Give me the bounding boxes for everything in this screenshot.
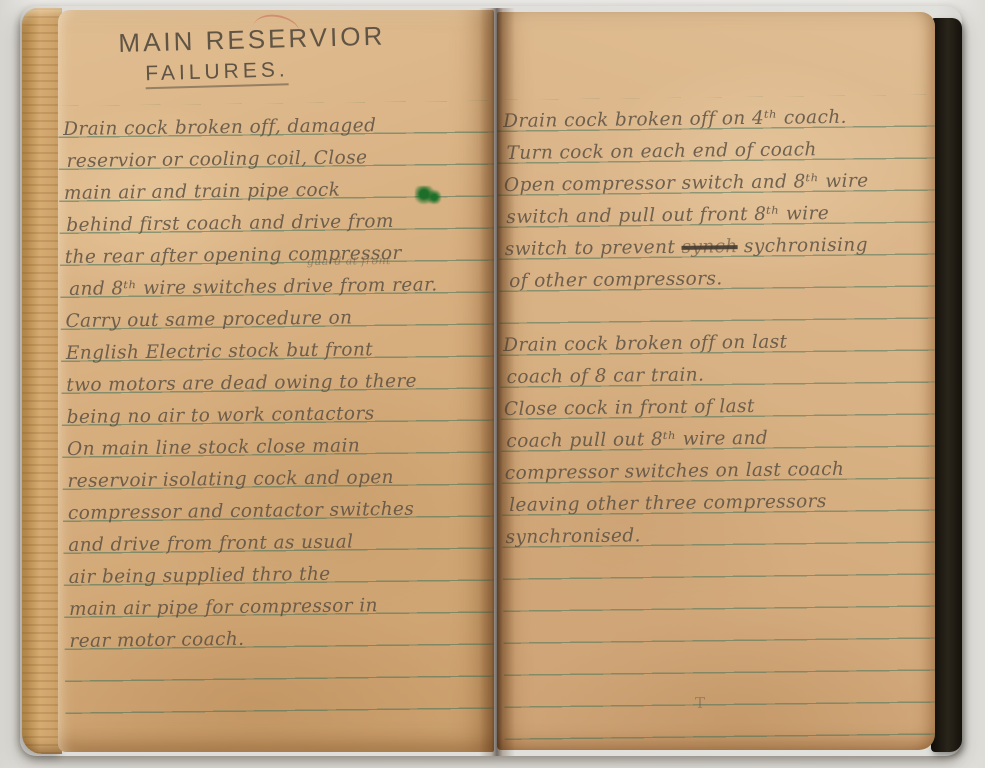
handwritten-line: coach of 8 car train. [506, 358, 843, 394]
pencil-t-mark: T [695, 694, 705, 712]
handwritten-line: On main line stock close main [67, 429, 440, 466]
handwritten-line: Turn cock on each end of coach [506, 134, 868, 170]
handwritten-line: reservoir isolating cock and open [67, 461, 440, 498]
handwritten-line: reservior or cooling coil, Close [66, 141, 436, 178]
handwritten-line: and drive from front as usual [68, 525, 441, 562]
handwritten-line: of other compressors. [509, 262, 870, 298]
right-page: Drain cock broken off on 4ᵗʰ coach. Turn… [497, 12, 935, 750]
handwritten-line: Open compressor switch and 8ᵗʰ wire [504, 166, 869, 202]
handwritten-line: Drain cock broken off, damaged [63, 109, 436, 146]
struck-out-word: synch [681, 236, 737, 258]
interline-annotation: guard at front [307, 255, 391, 268]
handwritten-line: coach pull out 8ᵗʰ wire and [506, 422, 844, 458]
handwritten-line: synchronised. [505, 518, 845, 554]
handwritten-line: behind first coach and drive from [66, 205, 437, 242]
handwritten-line: being no air to work contactors [67, 397, 440, 434]
handwritten-line: compressor and contactor switches [68, 493, 441, 530]
strike-prefix: switch to prevent [505, 237, 682, 260]
title-line-1: MAIN RESERVIOR [118, 21, 386, 59]
strike-suffix: sychronising [738, 235, 869, 258]
right-page-paragraph-2: Drain cock broken off on last coach of 8… [503, 326, 845, 554]
handwritten-line: rear motor coach. [69, 621, 442, 658]
handwritten-line: compressor switches on last coach [505, 454, 845, 490]
handwritten-line: Close cock in front of last [504, 390, 844, 426]
title-line-2: FAILURES. [145, 58, 289, 89]
handwritten-line: air being supplied thro the [68, 557, 441, 594]
left-page: MAIN RESERVIOR FAILURES. Drain cock brok… [58, 10, 494, 752]
right-page-paragraph-1: Drain cock broken off on 4ᵗʰ coach. Turn… [503, 102, 870, 298]
handwritten-line: leaving other three compressors [509, 486, 845, 522]
handwritten-line: Carry out same procedure on [65, 301, 438, 338]
notebook-cover-edge [931, 18, 962, 752]
page-title: MAIN RESERVIOR FAILURES. [118, 21, 387, 90]
left-page-text: Drain cock broken off, damaged reservior… [63, 109, 442, 658]
page-edge-stack [22, 8, 62, 754]
handwritten-line: main air pipe for compressor in [69, 589, 442, 626]
handwritten-line: Drain cock broken off on last [503, 326, 843, 362]
handwritten-line: switch and pull out front 8ᵗʰ wire [506, 198, 869, 234]
handwritten-line-with-strike: switch to prevent synch sychronising [505, 230, 870, 266]
handwritten-line: main air and train pipe cock [64, 173, 437, 210]
notebook-photo: MAIN RESERVIOR FAILURES. Drain cock brok… [0, 0, 985, 768]
handwritten-line: two motors are dead owing to there [66, 365, 439, 402]
handwritten-line: English Electric stock but front [66, 333, 439, 370]
handwritten-line: and 8ᵗʰ wire switches drive from rear. g… [69, 269, 438, 305]
handwritten-line-text: and 8ᵗʰ wire switches drive from rear. [69, 274, 438, 299]
handwritten-line: Drain cock broken off on 4ᵗʰ coach. [503, 102, 868, 138]
